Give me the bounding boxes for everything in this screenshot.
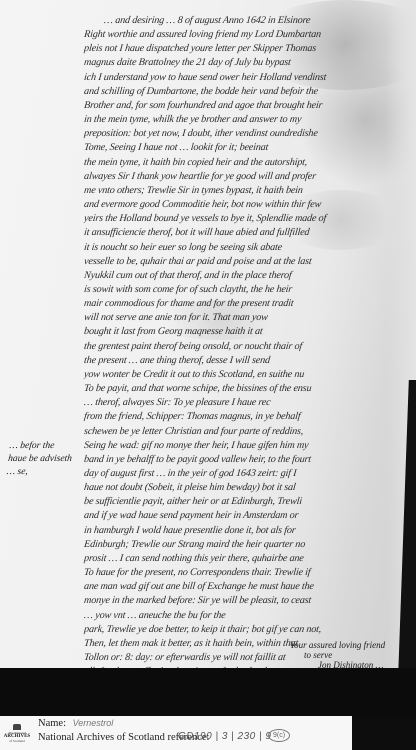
national-archives-logo: The National ARCHIVES of Scotland [4,719,30,747]
manuscript-line: is sowit with som come for of such clayt… [83,283,404,297]
manuscript-line: To be payit, and that worne schipe, the … [83,382,404,396]
logo-text: of Scotland [9,739,25,743]
manuscript-line: magnus daite Brattolney the 21 day of Ju… [83,56,404,70]
manuscript-line: Seing he wad: gif no monye ther heir, I … [83,439,404,453]
manuscript-line: prosit … I can send nothing this yeir th… [83,552,404,566]
signature-line: to serve [290,650,385,660]
manuscript-page: … and desiring … 8 of august Anno 1642 i… [0,0,416,668]
manuscript-line: mair commodious for thame and for the pr… [83,297,404,311]
crest-icon [13,724,21,730]
manuscript-line: pleis not I haue dispatched youre letter… [83,42,404,56]
circled-mark: 9(c) [268,729,290,742]
manuscript-line: and if ye wad haue send payment heir in … [83,509,404,523]
manuscript-line: band in ye behalff to be payit good vall… [83,453,404,467]
manuscript-line: Edinburgh; Trewlie our Strang maird the … [83,538,404,552]
manuscript-line: and evermore good Commoditie heir, bot n… [83,198,404,212]
manuscript-line: Nyukkil cum out of that therof, and in t… [83,269,404,283]
name-field: Name: Vernestrol [38,718,113,729]
manuscript-line: the present … ane thing therof, desse I … [83,354,404,368]
manuscript-line: in hamburgh I wold haue presentlie done … [83,524,404,538]
document-scan: … and desiring … 8 of august Anno 1642 i… [0,0,416,750]
manuscript-line: in the mein tyme, whilk the ye brother a… [83,113,404,127]
manuscript-line: vesselle to be, quhair thai ar paid and … [83,255,404,269]
manuscript-line: me vnto others; Trewlie Sir in tymes byp… [83,184,404,198]
manuscript-line: Tome, Seeing I haue not … lookit for it;… [83,141,404,155]
margin-note-line: … se, [6,466,87,479]
name-label: Name: [38,718,66,729]
signature-line: Your assured loving friend [290,640,385,650]
manuscript-line: bought it last from Georg maqnesse haith… [83,325,404,339]
manuscript-line: from the friend, Schipper: Thomas magnus… [83,410,404,424]
margin-note-line: haue be adviseth [7,453,88,466]
manuscript-line: preposition: bot yet now, I doubt, ither… [83,127,404,141]
scan-background [0,668,416,720]
manuscript-line: schewen be ye letter Christian and four … [83,425,404,439]
manuscript-line: alwayes Sir I thank yow heartlie for ye … [83,170,404,184]
manuscript-line: To haue for the present, no Corresponden… [83,566,404,580]
reference-value: GD190 | 3 | 230 | 9 [178,731,271,742]
name-value: Vernestrol [73,718,114,728]
manuscript-line: ane man wad gif out ane bill of Exchange… [83,580,404,594]
manuscript-line: park, Trewlie ye doe better, to keip it … [83,623,404,637]
manuscript-line: it is noucht so heir euer so long be see… [83,241,404,255]
scan-background [352,716,416,750]
date-line: … and desiring … 8 of august Anno 1642 i… [83,14,404,28]
manuscript-line: and schilling of Dumbartone, the bodde h… [83,85,404,99]
manuscript-line: haue not doubt (Sobeit, it pleise him be… [83,481,404,495]
manuscript-line: … therof, alwayes Sir: To ye pleasure I … [83,396,404,410]
manuscript-line: be sufficientlie payit, aither heir or a… [83,495,404,509]
manuscript-line: yeirs the Holland bound ye vessels to by… [83,212,404,226]
manuscript-line: the grentest paint therof being onsold, … [83,340,404,354]
manuscript-line: ich I understand yow to haue send ower h… [83,71,404,85]
margin-note: … befor thehaue be adviseth… se, [6,440,90,479]
signature-block: Your assured loving friendto serveJon Di… [290,640,385,670]
manuscript-line: the mein tyme, it haith bin copied heir … [83,156,404,170]
manuscript-line: yow wonter be Credit it out to this Scot… [83,368,404,382]
manuscript-line: it ansufficiencie therof, bot it will ha… [83,226,404,240]
manuscript-line: … yow vnt … aneuche the bu for the [83,609,404,623]
manuscript-line: day of august first … in the yeir of god… [83,467,404,481]
manuscript-line: Brother and, for som fourhundred and ago… [83,99,404,113]
manuscript-line: Right worthie and assured loving friend … [83,28,404,42]
manuscript-line: will not serve ane anie ton for it. That… [83,311,404,325]
manuscript-line: monye in the marked before: Sir ye will … [83,594,404,608]
margin-note-line: … befor the [9,440,90,453]
